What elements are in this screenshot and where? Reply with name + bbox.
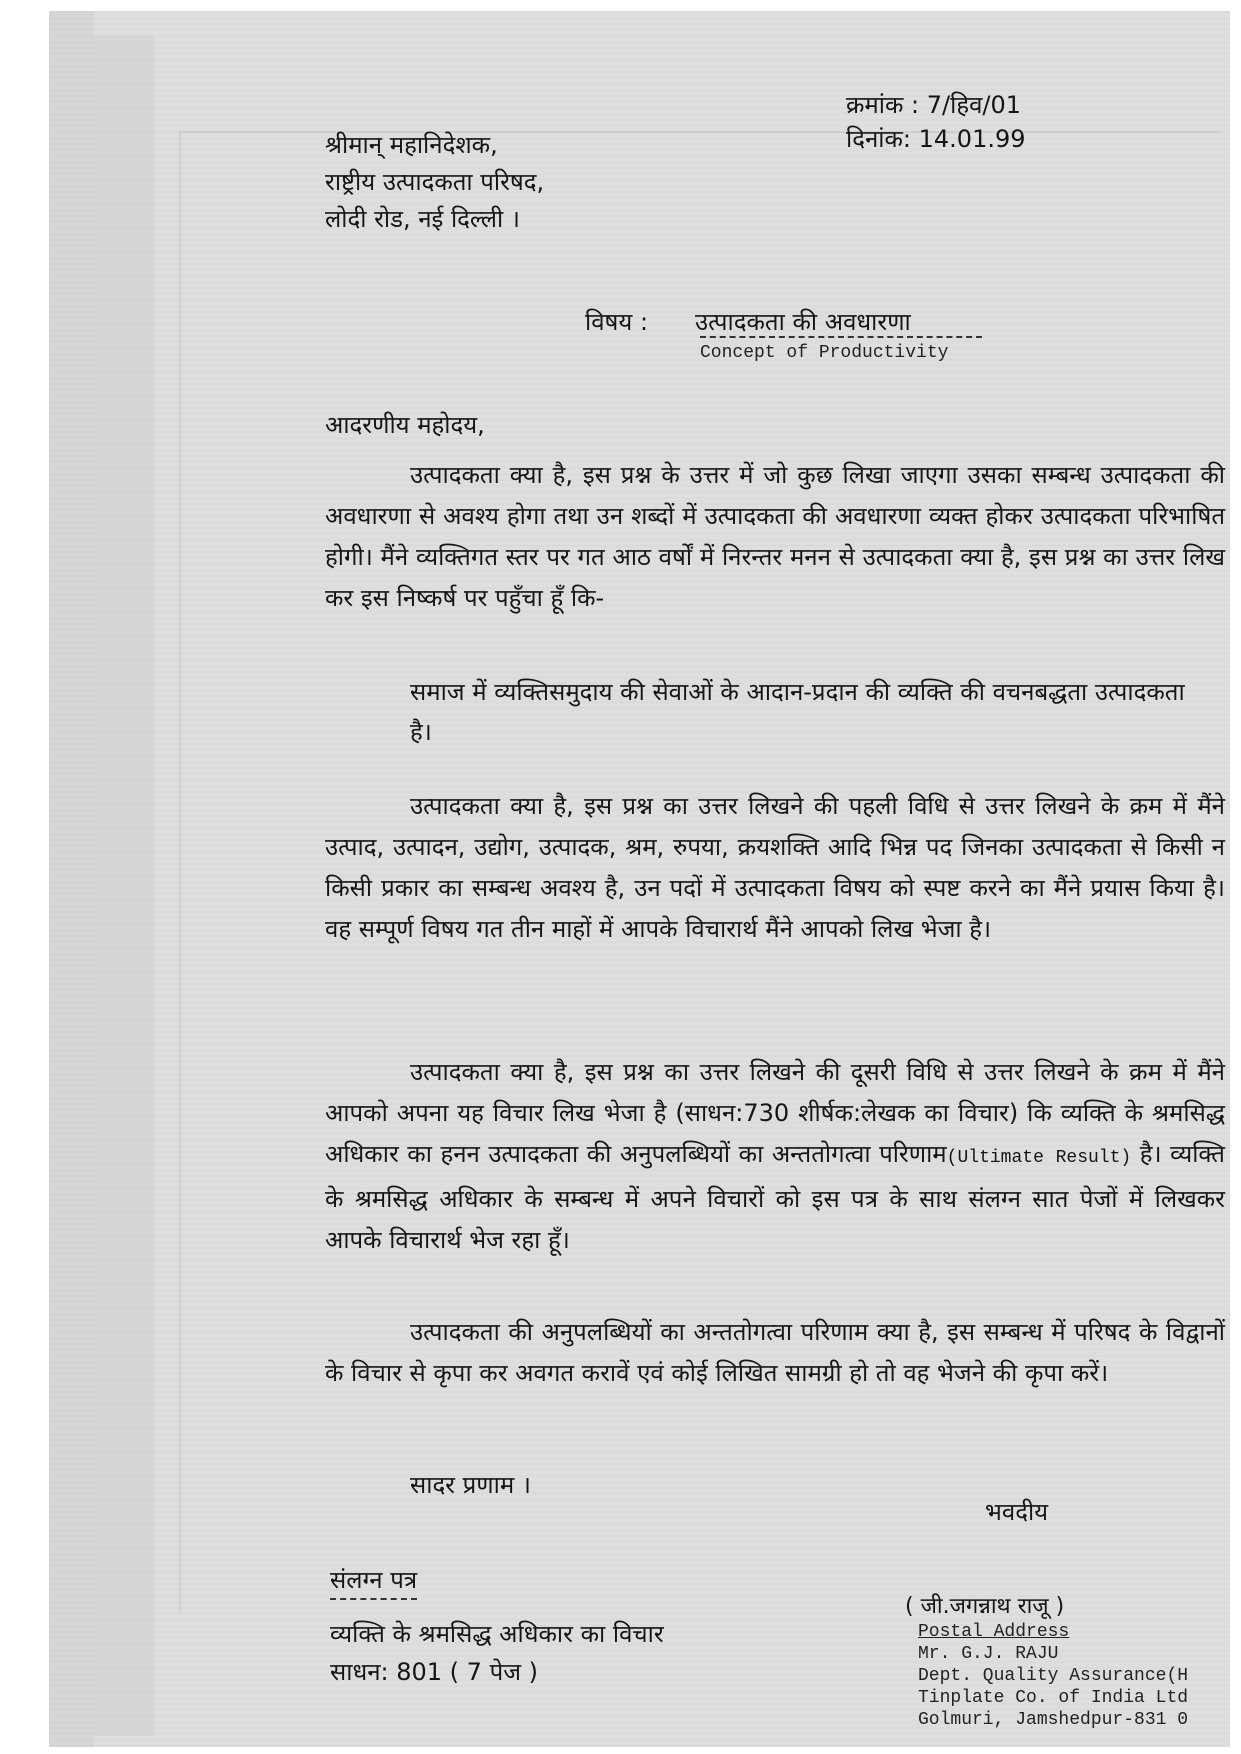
enclosure-description: व्यक्ति के श्रमसिद्ध अधिकार का विचार [330,1617,664,1650]
paragraph-4: उत्पादकता की अनुपलब्धियों का अन्ततोगत्वा… [325,1312,1225,1394]
subject-english: Concept of Productivity [700,343,948,363]
recipient-line-1: श्रीमान् महानिदेशक, [325,127,544,164]
recipient-line-3: लोदी रोड, नई दिल्ली । [325,201,544,238]
salutation: आदरणीय महोदय, [325,408,485,441]
subject-line: विषय :उत्पादकता की अवधारणा [585,305,911,338]
closing-greeting: सादर प्रणाम । [410,1468,531,1501]
sender-department: Dept. Quality Assurance(H [918,1665,1188,1687]
letter-date: दिनांक: 14.01.99 [846,122,1026,156]
definition-quote: समाज में व्यक्तिसमुदाय की सेवाओं के आदान… [410,672,1200,752]
subject-hindi: उत्पादकता की अवधारणा [695,308,911,336]
valediction: भवदीय [985,1495,1048,1528]
sender-city: Golmuri, Jamshedpur-831 0 [918,1709,1188,1731]
recipient-line-2: राष्ट्रीय उत्पादकता परिषद, [325,164,544,201]
enclosure-title: संलग्न पत्र [330,1563,417,1600]
recipient-address: श्रीमान् महानिदेशक, राष्ट्रीय उत्पादकता … [325,127,544,238]
paragraph-3-english: (Ultimate Result) [947,1148,1132,1168]
sender-name-hindi: ( जी.जगन्नाथ राजू ) [905,1590,1064,1620]
paragraph-2: उत्पादकता क्या है, इस प्रश्न का उत्तर लि… [325,786,1225,950]
subject-dashed-rule [700,336,982,338]
postal-address-heading: Postal Address [918,1621,1188,1643]
reference-block: क्रमांक : 7/हिव/01 दिनांक: 14.01.99 [846,88,1026,156]
bleed-through-shadow [94,36,154,1736]
postal-address-block: Postal Address Mr. G.J. RAJU Dept. Quali… [918,1621,1188,1731]
reference-number: क्रमांक : 7/हिव/01 [846,88,1026,122]
enclosure-reference: साधन: 801 ( 7 पेज ) [330,1655,538,1688]
sender-name: Mr. G.J. RAJU [918,1643,1188,1665]
paragraph-3: उत्पादकता क्या है, इस प्रश्न का उत्तर लि… [325,1052,1225,1261]
paragraph-1: उत्पादकता क्या है, इस प्रश्न के उत्तर मे… [325,455,1225,619]
subject-label: विषय : [585,305,695,338]
sender-company: Tinplate Co. of India Ltd [918,1687,1188,1709]
